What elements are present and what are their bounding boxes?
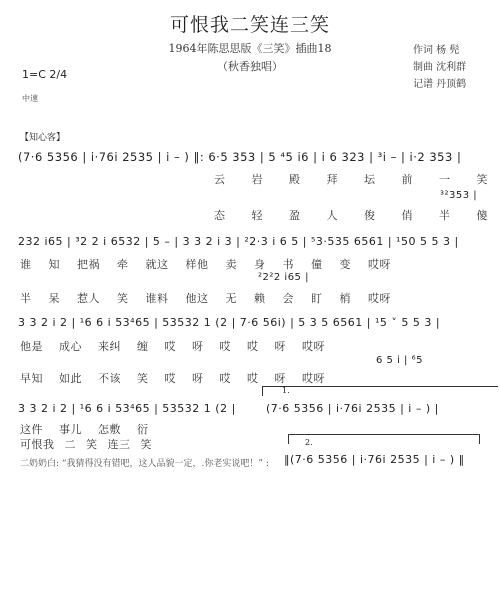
alt-notation-row-1: ³²353 | xyxy=(440,190,477,201)
alt-notation-row-3: 6 5 i | ⁶5 xyxy=(376,355,423,366)
notation-row-1: (7·6 5356 | i·76i 2535 | i – ) ‖: 6·5 35… xyxy=(18,150,461,164)
volta-bracket-1 xyxy=(262,386,498,396)
lyrics-row-1b: 态 轻 盈 人 俊 俏 半 傻 xyxy=(214,207,488,223)
key-signature: 1=C 2/4 xyxy=(22,68,67,81)
credits: 作词 杨 髡 制曲 沈利群 记谱 丹顶鹤 xyxy=(413,42,466,93)
lyrics-row-3a: 他是 成心 来纠 缠 哎 呀 哎 哎 呀 哎呀 xyxy=(20,338,325,354)
volta-label-1: 1. xyxy=(282,386,290,395)
credit-lyrics: 作词 杨 髡 xyxy=(413,42,466,59)
spoken-dialogue: 二奶奶白: “我猜得没有错吧，这人品貌一定，.你老实说吧！” : xyxy=(20,456,269,469)
volta-label-2: 2. xyxy=(305,438,313,447)
lyrics-row-2a: 谁 知 把祸 牵 就这 样他 卖 身 书 僮 变 哎呀 xyxy=(20,256,391,272)
lyrics-row-2b: 半 呆 惹人 笑 谁料 他这 无 赖 会 盯 梢 哎呀 xyxy=(20,290,391,306)
section-label: 【知心客】 xyxy=(20,130,65,143)
notation-row-4: 3 3 2 i 2 | ¹6 6 i 53⁴65 | 53532 1 (2 | xyxy=(18,402,236,415)
credit-composer: 制曲 沈利群 xyxy=(413,59,466,76)
lyrics-row-1a: 云 岩 殿 拜 坛 前 一 笑 xyxy=(214,171,488,187)
notation-row-3: 3 3 2 i 2 | ¹6 6 i 53⁴65 | 53532 1 (2 | … xyxy=(18,316,440,329)
credit-transcriber: 记谱 丹顶鹤 xyxy=(413,76,466,93)
notation-row-2: 232 i65 | ³2 2 i 6532 | 5 – | 3 3 2 i 3 … xyxy=(18,235,459,248)
volta-2-notation: ‖(7·6 5356 | i·76i 2535 | i – ) ‖ xyxy=(284,453,465,466)
tempo-marking: 中速 xyxy=(22,93,38,104)
volta-bracket-2 xyxy=(288,434,480,444)
volta-1-notation: (7·6 5356 | i·76i 2535 | i – ) | xyxy=(266,402,439,415)
lyrics-row-4b: 可恨我 二 笑 连三 笑 xyxy=(20,436,152,452)
song-title: 可恨我二笑连三笑 xyxy=(0,10,500,37)
lyrics-row-4a: 这件 事儿 怎敷 衍 xyxy=(20,421,149,437)
lyrics-row-3b: 早知 如此 不该 笑 哎 呀 哎 哎 呀 哎呀 xyxy=(20,370,325,386)
alt-notation-row-2: ²2²2 i65 | xyxy=(258,272,309,283)
